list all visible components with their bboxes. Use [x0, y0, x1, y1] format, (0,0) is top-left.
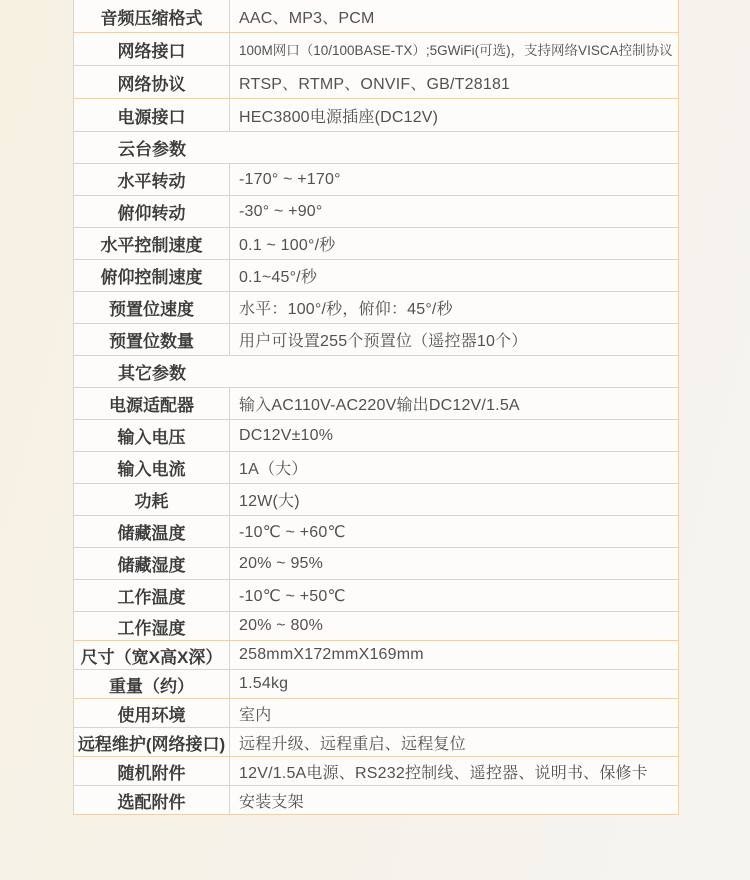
- spec-label: 功耗: [74, 484, 230, 515]
- spec-label: 预置位数量: [74, 324, 230, 355]
- spec-label: 输入电流: [74, 452, 230, 483]
- spec-label: 网络接口: [74, 33, 230, 65]
- spec-value: 258mmX172mmX169mm: [230, 641, 678, 669]
- spec-label: 云台参数: [74, 132, 230, 163]
- table-row: 预置位速度 水平：100°/秒，俯仰：45°/秒: [74, 292, 678, 324]
- spec-value: 用户可设置255个预置位（遥控器10个）: [230, 324, 678, 355]
- table-row: 输入电流 1A（大）: [74, 452, 678, 484]
- spec-label: 音频压缩格式: [74, 0, 230, 32]
- table-row: 网络接口 100M网口（10/100BASE-TX）;5GWiFi(可选)，支持…: [74, 33, 678, 66]
- spec-label: 网络协议: [74, 66, 230, 98]
- spec-table: 音频压缩格式 AAC、MP3、PCM 网络接口 100M网口（10/100BAS…: [73, 0, 679, 815]
- table-row: 工作湿度 20% ~ 80%: [74, 612, 678, 641]
- spec-label: 工作温度: [74, 580, 230, 611]
- table-row: 重量（约） 1.54kg: [74, 670, 678, 699]
- spec-value: AAC、MP3、PCM: [230, 0, 678, 32]
- spec-value: RTSP、RTMP、ONVIF、GB/T28181: [230, 66, 678, 98]
- spec-value: [230, 132, 678, 163]
- table-row: 使用环境 室内: [74, 699, 678, 728]
- table-row: 输入电压 DC12V±10%: [74, 420, 678, 452]
- spec-label: 水平控制速度: [74, 228, 230, 259]
- spec-label: 俯仰转动: [74, 196, 230, 227]
- spec-label: 其它参数: [74, 356, 230, 387]
- spec-value: 100M网口（10/100BASE-TX）;5GWiFi(可选)，支持网络VIS…: [230, 33, 678, 65]
- table-row: 俯仰控制速度 0.1~45°/秒: [74, 260, 678, 292]
- spec-label: 远程维护(网络接口): [74, 728, 230, 756]
- spec-label: 使用环境: [74, 699, 230, 727]
- table-row: 储藏温度 -10℃ ~ +60℃: [74, 516, 678, 548]
- spec-label: 选配附件: [74, 786, 230, 814]
- spec-value: 1A（大）: [230, 452, 678, 483]
- spec-value: 0.1~45°/秒: [230, 260, 678, 291]
- spec-label: 俯仰控制速度: [74, 260, 230, 291]
- spec-value: [230, 356, 678, 387]
- table-row: 网络协议 RTSP、RTMP、ONVIF、GB/T28181: [74, 66, 678, 99]
- spec-label: 重量（约）: [74, 670, 230, 698]
- spec-value: DC12V±10%: [230, 420, 678, 451]
- spec-value: 水平：100°/秒，俯仰：45°/秒: [230, 292, 678, 323]
- table-row: 储藏湿度 20% ~ 95%: [74, 548, 678, 580]
- table-row: 随机附件 12V/1.5A电源、RS232控制线、遥控器、说明书、保修卡: [74, 757, 678, 786]
- spec-label: 储藏湿度: [74, 548, 230, 579]
- spec-label: 工作湿度: [74, 612, 230, 640]
- table-row: 水平转动 -170° ~ +170°: [74, 164, 678, 196]
- section-row: 其它参数: [74, 356, 678, 388]
- spec-value: 室内: [230, 699, 678, 727]
- spec-label: 电源适配器: [74, 388, 230, 419]
- table-row: 远程维护(网络接口) 远程升级、远程重启、远程复位: [74, 728, 678, 757]
- spec-value: 20% ~ 80%: [230, 612, 678, 640]
- spec-value: 20% ~ 95%: [230, 548, 678, 579]
- spec-value: -30° ~ +90°: [230, 196, 678, 227]
- spec-label: 尺寸（宽X高X深）: [74, 641, 230, 669]
- spec-label: 随机附件: [74, 757, 230, 785]
- table-row: 电源适配器 输入AC110V-AC220V输出DC12V/1.5A: [74, 388, 678, 420]
- spec-value: -170° ~ +170°: [230, 164, 678, 195]
- spec-value: 远程升级、远程重启、远程复位: [230, 728, 678, 756]
- spec-value: HEC3800电源插座(DC12V): [230, 99, 678, 131]
- table-row: 预置位数量 用户可设置255个预置位（遥控器10个）: [74, 324, 678, 356]
- spec-value: 输入AC110V-AC220V输出DC12V/1.5A: [230, 388, 678, 419]
- spec-label: 储藏温度: [74, 516, 230, 547]
- spec-value: 12W(大): [230, 484, 678, 515]
- spec-label: 水平转动: [74, 164, 230, 195]
- table-row: 水平控制速度 0.1 ~ 100°/秒: [74, 228, 678, 260]
- spec-label: 预置位速度: [74, 292, 230, 323]
- spec-label: 输入电压: [74, 420, 230, 451]
- spec-value: -10℃ ~ +60℃: [230, 516, 678, 547]
- spec-value: 0.1 ~ 100°/秒: [230, 228, 678, 259]
- table-row: 功耗 12W(大): [74, 484, 678, 516]
- section-row: 云台参数: [74, 132, 678, 164]
- table-row: 尺寸（宽X高X深） 258mmX172mmX169mm: [74, 641, 678, 670]
- table-row: 音频压缩格式 AAC、MP3、PCM: [74, 0, 678, 33]
- spec-value: -10℃ ~ +50℃: [230, 580, 678, 611]
- table-row: 俯仰转动 -30° ~ +90°: [74, 196, 678, 228]
- spec-value: 1.54kg: [230, 670, 678, 698]
- table-row: 电源接口 HEC3800电源插座(DC12V): [74, 99, 678, 132]
- spec-value: 安装支架: [230, 786, 678, 814]
- table-row: 选配附件 安装支架: [74, 786, 678, 815]
- spec-label: 电源接口: [74, 99, 230, 131]
- table-row: 工作温度 -10℃ ~ +50℃: [74, 580, 678, 612]
- spec-value: 12V/1.5A电源、RS232控制线、遥控器、说明书、保修卡: [230, 757, 678, 785]
